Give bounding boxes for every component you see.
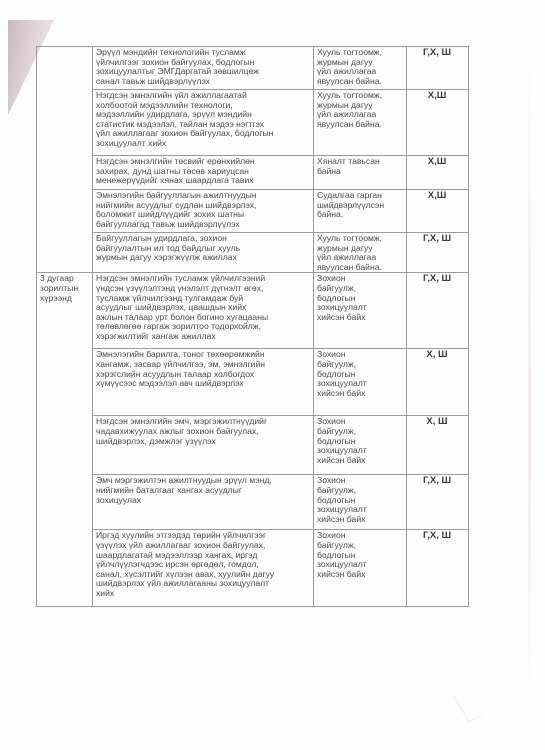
result-cell: Зохион байгуулж, бодлогын зохицуулалт хи… [314,530,407,607]
table-row: Эмч мэргэжилтэн ажилтнуудын эрүүл мэнд, … [37,475,469,530]
activity-cell: Эмнэлэгийн байгууллагын ажилтнуудын нийг… [93,190,314,233]
result-cell: Судалгаа гарган шийдвэрлүүлсэн байна. [314,190,407,233]
activity-table: Эрүүл мэндийн технологийн тусламж үйлчил… [36,46,469,607]
result-cell: Хууль тогтоомж, журмын дагуу үйл ажиллаг… [314,90,407,156]
activity-cell: Эмч мэргэжилтэн ажилтнуудын эрүүл мэнд, … [93,475,314,530]
activity-cell: Иргэд хуулийн этгээдэд төрийн үйлчилгээг… [93,530,314,607]
result-cell: Зохион байгуулж, бодлогын зохицуулалт хи… [314,416,407,475]
table-row: Нэгдсэн эмнэлгийн эмч, мэргэжилтнүүдийг … [37,416,469,475]
activity-cell: Нэгдсэн эмнэлгийн үйл ажиллагаатай холбо… [93,90,314,156]
activity-cell: Байгууллагын удирдлага, зохион байгуулал… [93,233,314,273]
result-cell: Хууль тогтоомж, журмын дагуу үйл ажиллаг… [314,47,407,90]
activity-cell: Нэгдсэн эмнэлгийн тусламж үйлчилгээний ү… [93,273,314,349]
result-cell: Хяналт тавьсан байна [314,156,407,190]
table-row: Нэгдсэн эмнэлгийн үйл ажиллагаатай холбо… [37,90,469,156]
responsible-cell: Г,Х, Ш [407,475,469,530]
activity-cell: Эмнэлэгийн барилга, тоног төхөөрөмжийн х… [93,349,314,416]
result-cell: Хууль тогтоомж, журмын дагуу үйл ажиллаг… [314,233,407,273]
responsible-cell: Х, Ш [407,349,469,416]
table-row: Эмнэлэгийн байгууллагын ажилтнуудын нийг… [37,190,469,233]
table-row: Байгууллагын удирдлага, зохион байгуулал… [37,233,469,273]
responsible-cell: Г,Х, Ш [407,273,469,349]
table-row: Иргэд хуулийн этгээдэд төрийн үйлчилгээг… [37,530,469,607]
table-row: Эмнэлэгийн барилга, тоног төхөөрөмжийн х… [37,349,469,416]
goal-cell [37,47,93,273]
responsible-cell: Г,Х, Ш [407,233,469,273]
responsible-cell: Х,Ш [407,190,469,233]
responsible-cell: Х, Ш [407,416,469,475]
responsible-cell: Г,Х, Ш [407,530,469,607]
responsible-cell: Х,Ш [407,156,469,190]
table-row: 3 дугаар зорилтын хүрээндНэгдсэн эмнэлги… [37,273,469,349]
responsible-cell: Г,Х, Ш [407,47,469,90]
result-cell: Зохион байгуулж, бодлогын зохицуулалт хи… [314,273,407,349]
goal-cell: 3 дугаар зорилтын хүрээнд [37,273,93,607]
activity-cell: Нэгдсэн эмнэлгийн төсвийг ерөнхийлөн зах… [93,156,314,190]
activity-cell: Нэгдсэн эмнэлгийн эмч, мэргэжилтнүүдийг … [93,416,314,475]
result-cell: Зохион байгуулж, бодлогын зохицуулалт хи… [314,349,407,416]
table-row: Нэгдсэн эмнэлгийн төсвийг ерөнхийлөн зах… [37,156,469,190]
table-row: Эрүүл мэндийн технологийн тусламж үйлчил… [37,47,469,90]
result-cell: Зохион байгуулж, бодлогын зохицуулалт хи… [314,475,407,530]
scan-mark [453,688,481,722]
activity-cell: Эрүүл мэндийн технологийн тусламж үйлчил… [93,47,314,90]
scan-edge-shadow [528,40,531,700]
responsible-cell: Х,Ш [407,90,469,156]
